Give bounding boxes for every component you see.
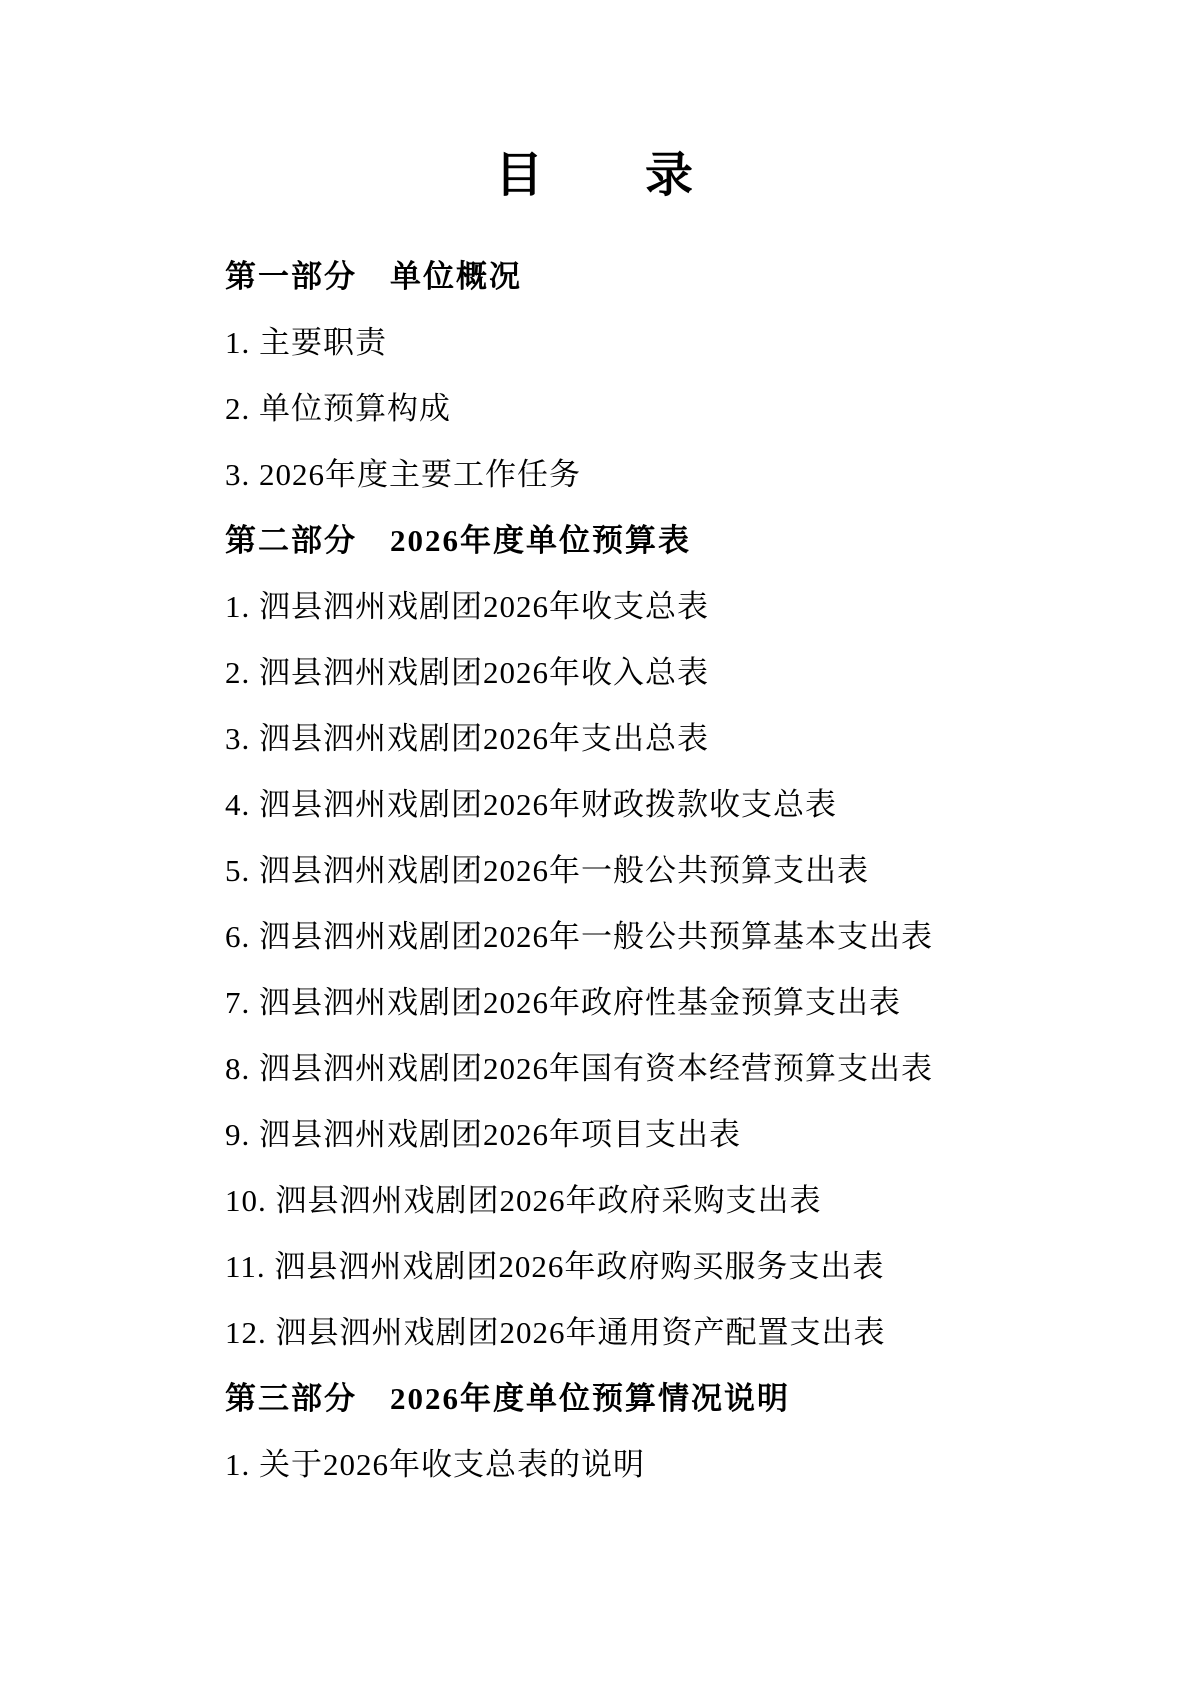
toc-item: 7. 泗县泗州戏剧团2026年政府性基金预算支出表 [225, 970, 1130, 1036]
toc-item: 6. 泗县泗州戏剧团2026年一般公共预算基本支出表 [225, 904, 1130, 970]
toc-item: 1. 关于2026年收支总表的说明 [225, 1432, 1130, 1498]
toc-item: 10. 泗县泗州戏剧团2026年政府采购支出表 [225, 1168, 1130, 1234]
toc-item: 2. 单位预算构成 [225, 376, 1130, 442]
toc-item: 3. 泗县泗州戏剧团2026年支出总表 [225, 706, 1130, 772]
toc-item: 2. 泗县泗州戏剧团2026年收入总表 [225, 640, 1130, 706]
toc-item: 8. 泗县泗州戏剧团2026年国有资本经营预算支出表 [225, 1036, 1130, 1102]
page-title: 目 录 [0, 150, 1190, 202]
toc-item: 11. 泗县泗州戏剧团2026年政府购买服务支出表 [225, 1234, 1130, 1300]
table-of-contents: 第一部分 单位概况 1. 主要职责 2. 单位预算构成 3. 2026年度主要工… [0, 244, 1190, 1498]
toc-item: 4. 泗县泗州戏剧团2026年财政拨款收支总表 [225, 772, 1130, 838]
toc-item: 1. 主要职责 [225, 310, 1130, 376]
document-page: 目 录 第一部分 单位概况 1. 主要职责 2. 单位预算构成 3. 2026年… [0, 0, 1190, 1684]
section-heading-part1: 第一部分 单位概况 [225, 244, 1130, 310]
toc-item: 1. 泗县泗州戏剧团2026年收支总表 [225, 574, 1130, 640]
section-heading-part3: 第三部分 2026年度单位预算情况说明 [225, 1366, 1130, 1432]
toc-item: 12. 泗县泗州戏剧团2026年通用资产配置支出表 [225, 1300, 1130, 1366]
toc-item: 9. 泗县泗州戏剧团2026年项目支出表 [225, 1102, 1130, 1168]
section-heading-part2: 第二部分 2026年度单位预算表 [225, 508, 1130, 574]
toc-item: 5. 泗县泗州戏剧团2026年一般公共预算支出表 [225, 838, 1130, 904]
toc-item: 3. 2026年度主要工作任务 [225, 442, 1130, 508]
